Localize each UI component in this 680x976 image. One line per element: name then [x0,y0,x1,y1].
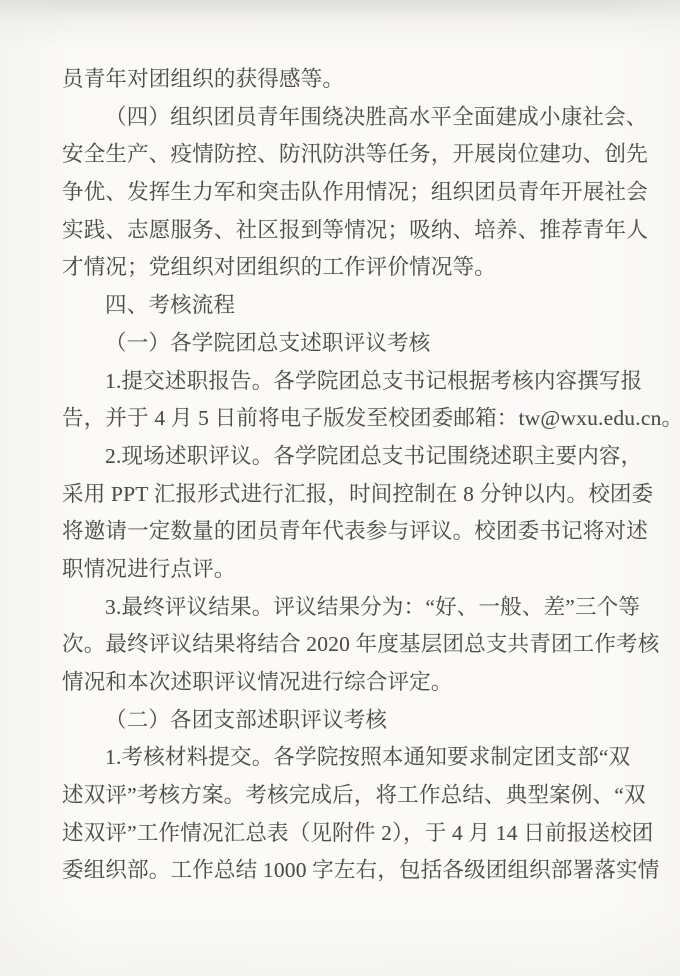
text-line: 3.最终评议结果。评议结果分为：“好、一般、差”三个等 [62,589,624,627]
text-line: 1.提交述职报告。各学院团总支书记根据考核内容撰写报 [62,363,624,401]
text-line: 次。最终评议结果将结合 2020 年度基层团总支共青团工作考核 [62,626,624,664]
text-line: 才情况；党组织对团组织的工作评价情况等。 [62,249,624,287]
text-line: 将邀请一定数量的团员青年代表参与评议。校团委书记将对述 [62,513,624,551]
text-line: 安全生产、疫情防控、防汛防洪等任务，开展岗位建功、创先 [62,136,624,174]
scan-edge-shadow-top [0,0,680,48]
text-line: 委组织部。工作总结 1000 字左右，包括各级团组织部署落实情 [62,852,624,890]
scan-edge-shadow-bottom [0,906,680,976]
text-line: 争优、发挥生力军和突击队作用情况；组织团员青年开展社会 [62,174,624,212]
document-body: 员青年对团组织的获得感等。（四）组织团员青年围绕决胜高水平全面建成小康社会、安全… [62,61,624,890]
scanned-document-page: 员青年对团组织的获得感等。（四）组织团员青年围绕决胜高水平全面建成小康社会、安全… [0,0,680,976]
text-line: 1.考核材料提交。各学院按照本通知要求制定团支部“双 [62,739,624,777]
text-line: 员青年对团组织的获得感等。 [62,61,624,99]
text-line: 四、考核流程 [62,287,624,325]
text-line: 实践、志愿服务、社区报到等情况；吸纳、培养、推荐青年人 [62,212,624,250]
text-line: （四）组织团员青年围绕决胜高水平全面建成小康社会、 [62,99,624,137]
text-line: 述双评”工作情况汇总表（见附件 2），于 4 月 14 日前报送校团 [62,815,624,853]
text-line: 2.现场述职评议。各学院团总支书记围绕述职主要内容， [62,438,624,476]
text-line: （一）各学院团总支述职评议考核 [62,325,624,363]
text-line: 职情况进行点评。 [62,551,624,589]
text-line: （二）各团支部述职评议考核 [62,702,624,740]
text-line: 告，并于 4 月 5 日前将电子版发至校团委邮箱：tw@wxu.edu.cn。 [62,400,624,438]
text-line: 采用 PPT 汇报形式进行汇报，时间控制在 8 分钟以内。校团委 [62,476,624,514]
text-line: 述双评”考核方案。考核完成后，将工作总结、典型案例、“双 [62,777,624,815]
text-line: 情况和本次述职评议情况进行综合评定。 [62,664,624,702]
